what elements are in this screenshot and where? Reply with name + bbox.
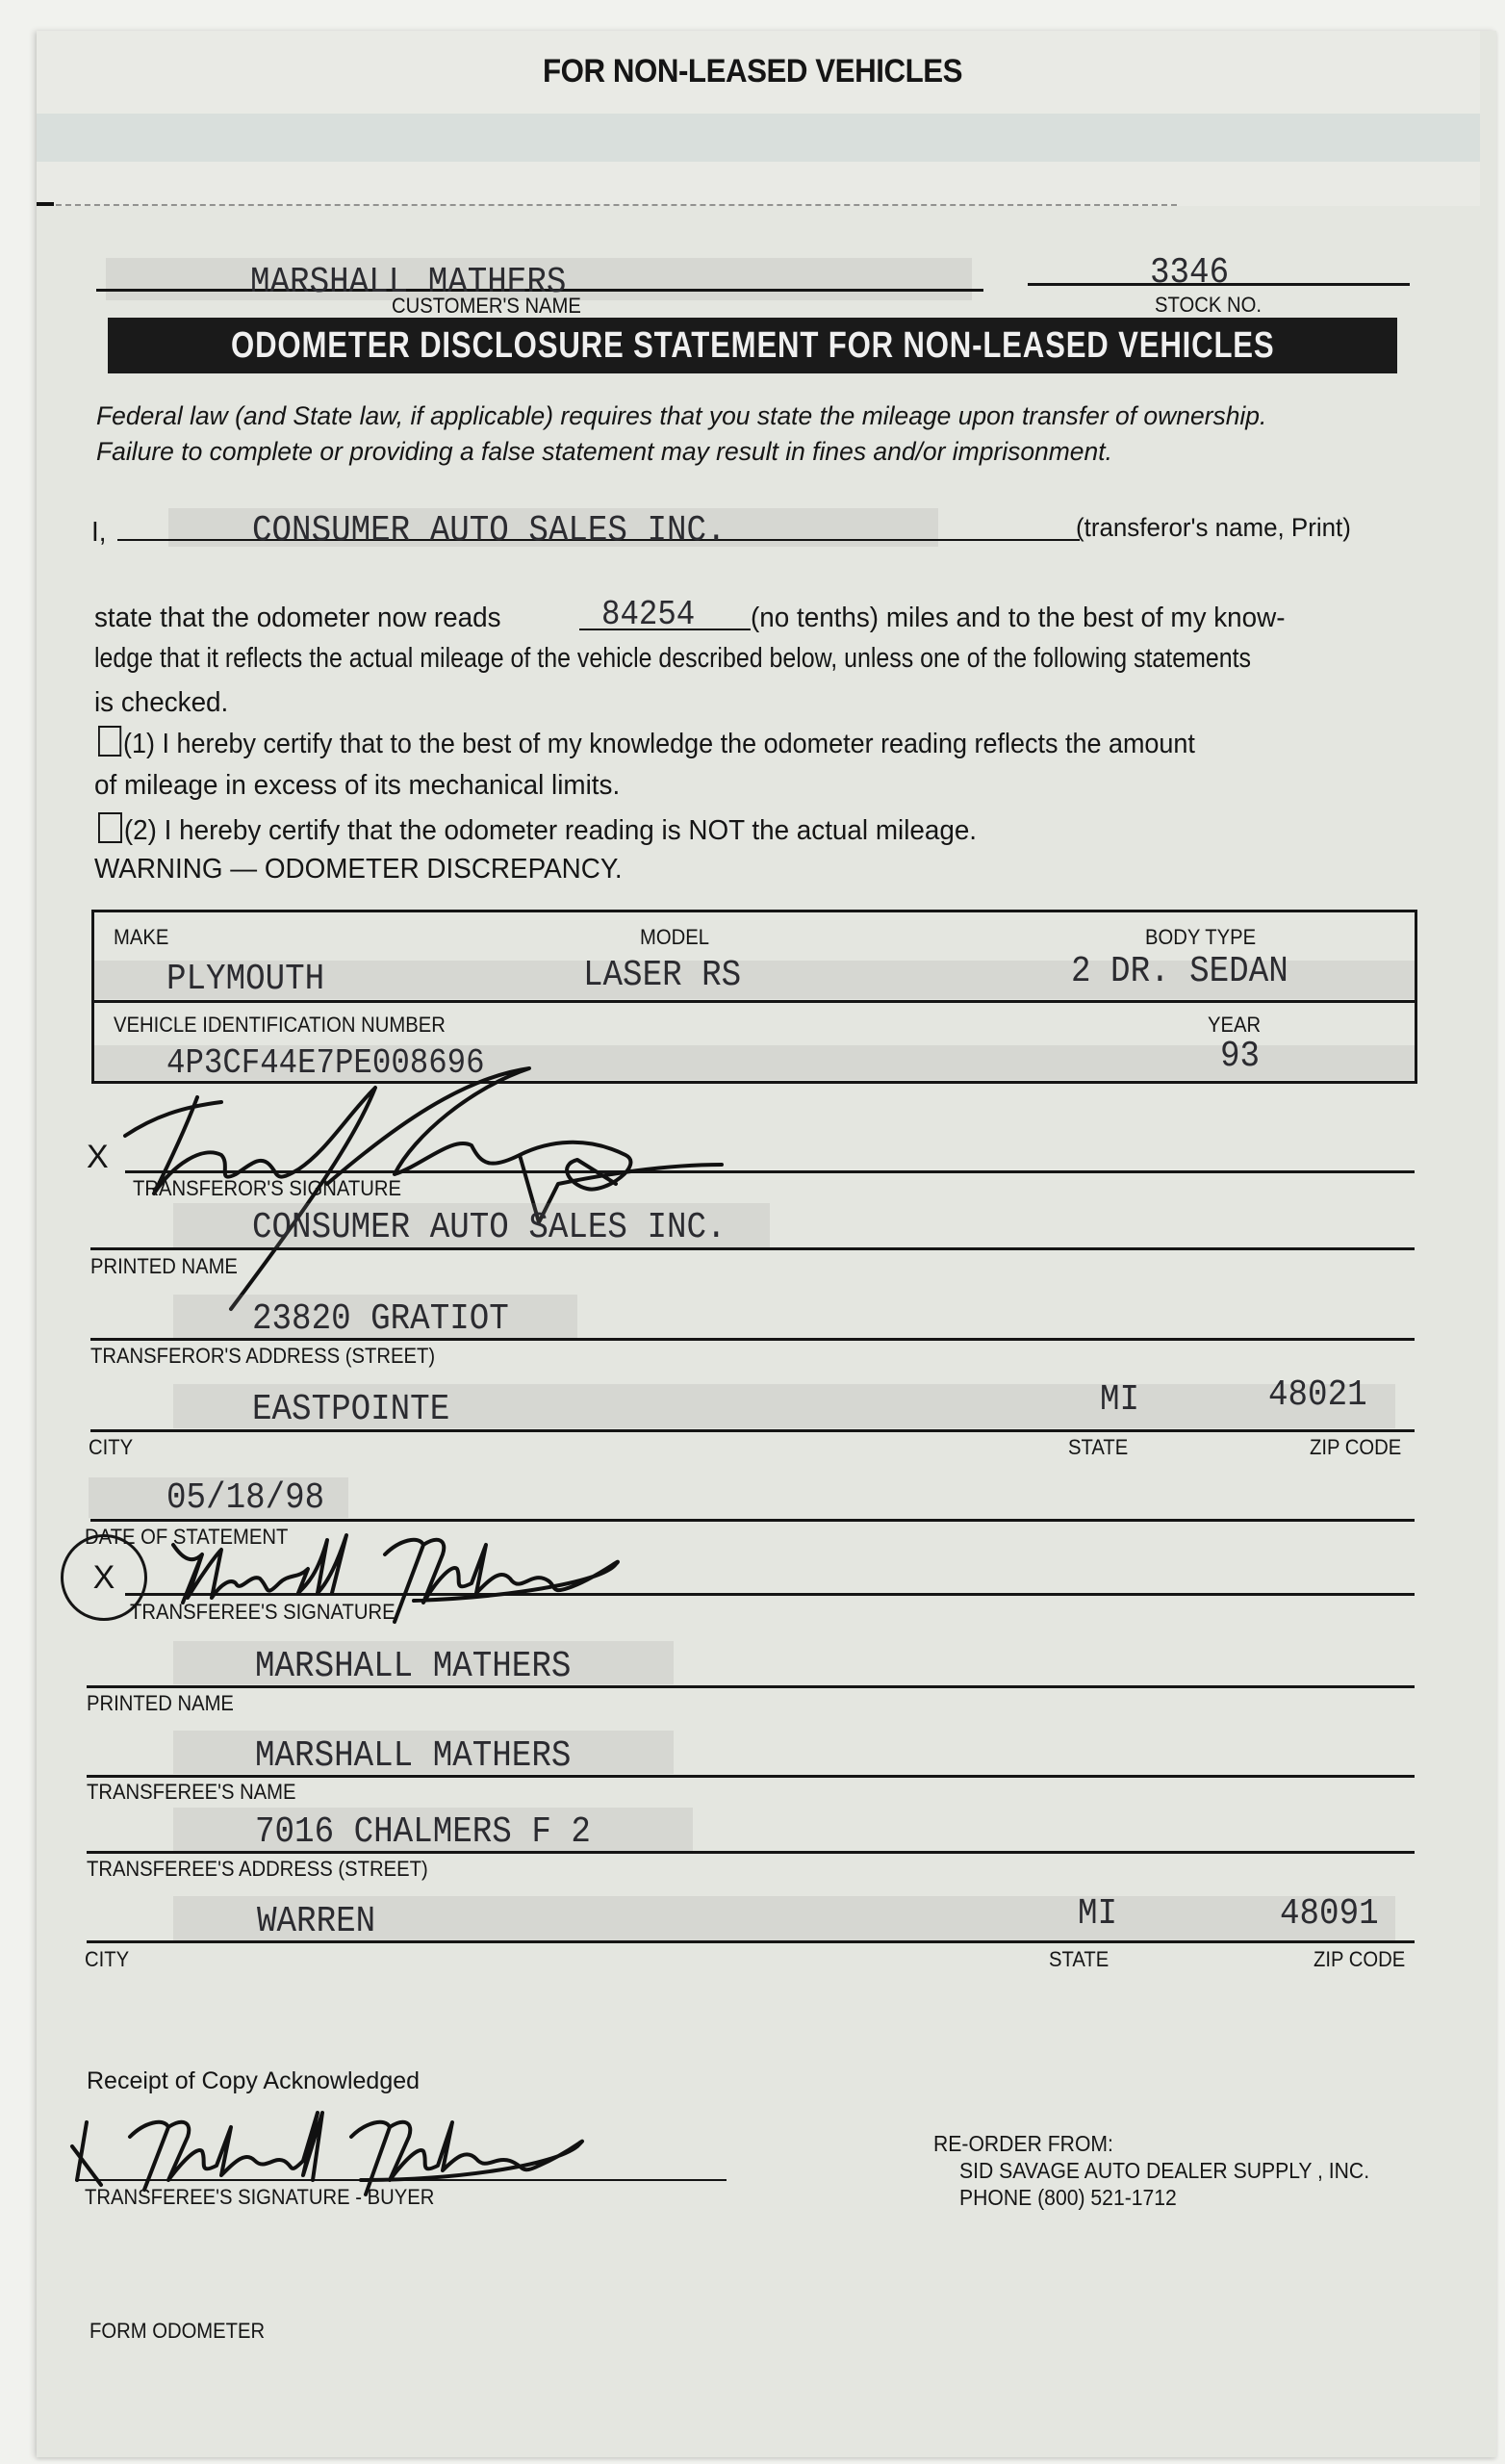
reorder-company: SID SAVAGE AUTO DEALER SUPPLY , INC. xyxy=(959,2158,1369,2184)
transferee-street-value[interactable]: 7016 CHALMERS F 2 xyxy=(255,1811,591,1853)
transferor-name-value[interactable]: CONSUMER AUTO SALES INC. xyxy=(252,510,727,552)
receipt-signature-label: TRANSFEREE'S SIGNATURE - BUYER xyxy=(85,2185,434,2210)
stock-no-value[interactable]: 3346 xyxy=(1150,252,1229,294)
option-2[interactable]: (2) I hereby certify that the odometer r… xyxy=(98,812,977,847)
paper-tint-band xyxy=(37,114,1480,162)
vin-label: VEHICLE IDENTIFICATION NUMBER xyxy=(114,1013,446,1038)
transferee-printed-name-value[interactable]: MARSHALL MATHERS xyxy=(255,1646,571,1687)
tear-mark xyxy=(37,202,54,206)
stock-no-label: STOCK NO. xyxy=(1155,293,1262,318)
option-2-text: (2) I hereby certify that the odometer r… xyxy=(124,815,977,846)
date-of-statement-value[interactable]: 05/18/98 xyxy=(166,1477,324,1519)
statement-banner: ODOMETER DISCLOSURE STATEMENT FOR NON-LE… xyxy=(108,318,1397,373)
transferor-name-hint: (transferor's name, Print) xyxy=(1076,513,1351,543)
receipt-heading: Receipt of Copy Acknowledged xyxy=(87,2067,420,2095)
vehicle-table-divider xyxy=(94,1000,1415,1003)
vehicle-info-table: MAKE MODEL BODY TYPE PLYMOUTH LASER RS 2… xyxy=(91,910,1417,1084)
transferee-city-label: CITY xyxy=(85,1947,129,1972)
transferee-name-label: TRANSFEREE'S NAME xyxy=(87,1780,296,1805)
transferee-city-value[interactable]: WARREN xyxy=(257,1901,375,1942)
year-value[interactable]: 93 xyxy=(1220,1036,1260,1077)
transferor-printed-name-value[interactable]: CONSUMER AUTO SALES INC. xyxy=(252,1207,727,1248)
transferee-state-value[interactable]: MI xyxy=(1078,1893,1117,1935)
reorder-phone: PHONE (800) 521-1712 xyxy=(959,2185,1177,2211)
odometer-suffix: (no tenths) miles and to the best of my … xyxy=(751,603,1286,634)
body-type-value[interactable]: 2 DR. SEDAN xyxy=(1071,951,1288,992)
option-1-line-2: of mileage in excess of its mechanical l… xyxy=(94,770,620,802)
transferee-street-label: TRANSFEREE'S ADDRESS (STREET) xyxy=(87,1857,428,1882)
transferor-street-value[interactable]: 23820 GRATIOT xyxy=(252,1298,509,1340)
notice-line-2: Failure to complete or providing a false… xyxy=(96,437,1112,467)
transferor-zip-label: ZIP CODE xyxy=(1310,1435,1401,1460)
transferee-state-label: STATE xyxy=(1049,1947,1109,1972)
x-mark-text: X xyxy=(93,1559,115,1597)
year-label: YEAR xyxy=(1208,1013,1261,1038)
option-1-checkbox[interactable] xyxy=(98,726,121,757)
odometer-prefix: state that the odometer now reads xyxy=(94,603,501,634)
statement-prefix: I, xyxy=(91,517,106,549)
tear-line xyxy=(37,204,1177,206)
warning-text: WARNING — ODOMETER DISCREPANCY. xyxy=(94,854,623,885)
transferee-zip-label: ZIP CODE xyxy=(1314,1947,1405,1972)
body-type-label: BODY TYPE xyxy=(1145,925,1256,950)
model-label: MODEL xyxy=(640,925,709,950)
statement-line-2: ledge that it reflects the actual mileag… xyxy=(94,643,1251,675)
transferee-printed-name-label: PRINTED NAME xyxy=(87,1691,234,1716)
transferor-printed-name-label: PRINTED NAME xyxy=(90,1254,238,1279)
transferee-zip-value[interactable]: 48091 xyxy=(1280,1893,1379,1935)
banner-title: ODOMETER DISCLOSURE STATEMENT FOR NON-LE… xyxy=(231,325,1274,367)
transferor-state-value[interactable]: MI xyxy=(1100,1379,1139,1421)
transferor-street-label: TRANSFEROR'S ADDRESS (STREET) xyxy=(90,1344,435,1369)
transferor-city-value[interactable]: EASTPOINTE xyxy=(252,1389,449,1430)
notice-line-1: Federal law (and State law, if applicabl… xyxy=(96,401,1266,431)
form-id: FORM ODOMETER xyxy=(89,2319,265,2344)
customer-name-label: CUSTOMER'S NAME xyxy=(392,294,581,319)
transferor-zip-value[interactable]: 48021 xyxy=(1268,1374,1367,1416)
odometer-value[interactable]: 84254 xyxy=(601,595,695,634)
transferee-signature-label: TRANSFEREE'S SIGNATURE xyxy=(130,1600,395,1625)
option-1-text: (1) I hereby certify that to the best of… xyxy=(123,729,1195,759)
make-label: MAKE xyxy=(114,925,168,950)
transferor-city-label: CITY xyxy=(89,1435,133,1460)
page-title: FOR NON-LEASED VEHICLES xyxy=(61,53,1445,90)
statement-line-3: is checked. xyxy=(94,687,228,719)
transferee-name-value[interactable]: MARSHALL MATHERS xyxy=(255,1735,571,1777)
model-value[interactable]: LASER RS xyxy=(583,955,741,996)
option-1[interactable]: (1) I hereby certify that to the best of… xyxy=(98,726,1195,760)
transferor-state-label: STATE xyxy=(1068,1435,1128,1460)
option-2-checkbox[interactable] xyxy=(98,812,122,843)
reorder-heading: RE-ORDER FROM: xyxy=(933,2131,1113,2157)
date-line xyxy=(90,1519,1415,1522)
transferor-signature-label: TRANSFEROR'S SIGNATURE xyxy=(133,1176,401,1201)
make-value[interactable]: PLYMOUTH xyxy=(166,959,324,1000)
